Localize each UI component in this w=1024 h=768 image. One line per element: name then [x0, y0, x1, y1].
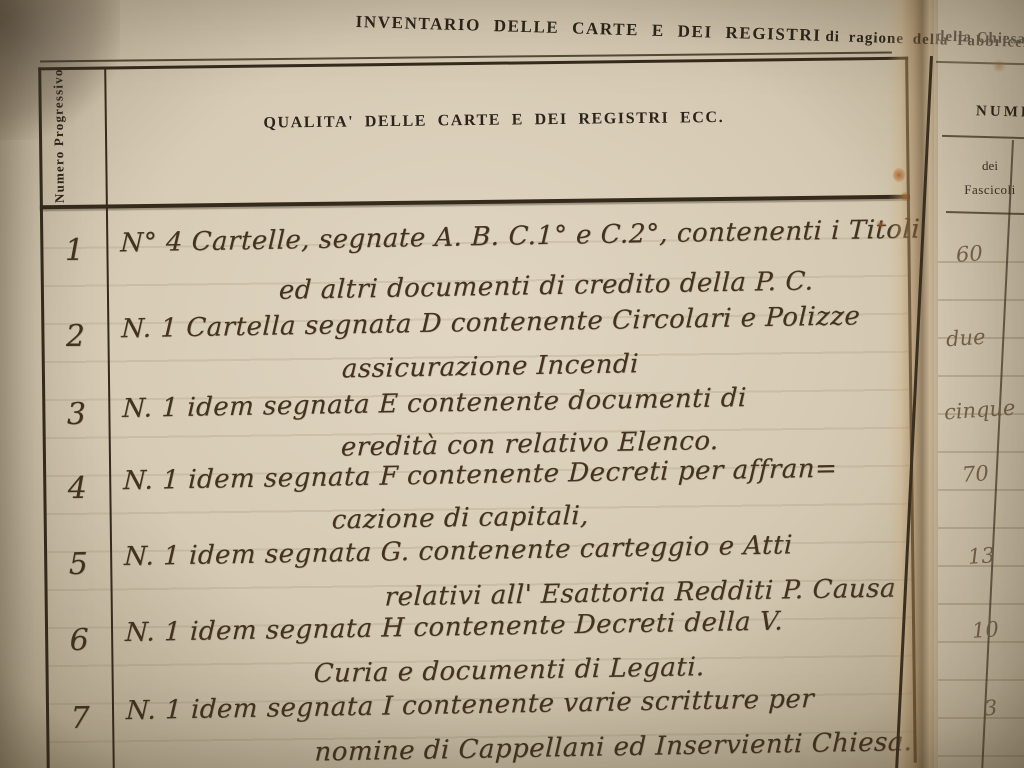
ledger-photo: INVENTARIO DELLE CARTE E DEI REGISTRI di…: [0, 0, 1024, 768]
table-border-top: [38, 57, 908, 71]
row-number: 5: [52, 547, 104, 583]
page-left-edge-shadow: [0, 0, 36, 768]
inventory-table: Numero Progressivo QUALITA' DELLE CARTE …: [38, 45, 917, 768]
table-row: 2 N. 1 Cartella segnata D contenente Cir…: [38, 45, 908, 56]
fascicoli-value: 60: [955, 241, 983, 267]
row-number: 2: [49, 319, 101, 355]
table-row: 1 N° 4 Cartelle, segnate A. B. C.1° e C.…: [38, 45, 908, 56]
fascicoli-value: 10: [971, 617, 999, 643]
row-text-line2: assicurazione Incendi: [341, 349, 639, 384]
row-text-line2: cazione di capitali,: [331, 501, 589, 536]
row-number: 3: [50, 397, 102, 433]
table-row: 6 N. 1 idem segnata H contenente Decreti…: [38, 45, 908, 56]
fascicoli-value: 70: [961, 461, 989, 487]
fascicoli-value: cinque: [943, 396, 1016, 425]
row-number: 1: [48, 233, 100, 269]
rust-stain: [992, 60, 1006, 72]
page-title-caps: INVENTARIO DELLE CARTE E DEI REGISTRI: [355, 12, 821, 45]
table-row: 5 N. 1 idem segnata G. contenente carteg…: [38, 45, 908, 56]
fascicoli-value: 3: [983, 696, 998, 721]
row-number: 6: [53, 623, 105, 659]
table-row: 4 N. 1 idem segnata F contenente Decreti…: [38, 45, 908, 56]
table-row: 3 N. 1 idem segnata E contenente documen…: [38, 45, 908, 56]
rust-stain: [893, 168, 905, 182]
rust-stain: [901, 192, 909, 201]
column-header-qualita: QUALITA' DELLE CARTE E DEI REGISTRI ECC.: [109, 107, 879, 134]
table-row: 7 N. 1 idem segnata I contenente varie s…: [38, 45, 908, 56]
row-number: 4: [51, 471, 103, 507]
right-column-header-numero: NUME: [976, 103, 1024, 122]
row-number: 7: [54, 701, 106, 737]
rust-stain: [876, 220, 885, 229]
right-page-ruled-lines: [938, 225, 1024, 768]
fascicoli-value: due: [945, 325, 986, 352]
fascicoli-value: 13: [967, 543, 995, 569]
right-subheader-fascicoli: Fascicoli: [950, 182, 1024, 198]
